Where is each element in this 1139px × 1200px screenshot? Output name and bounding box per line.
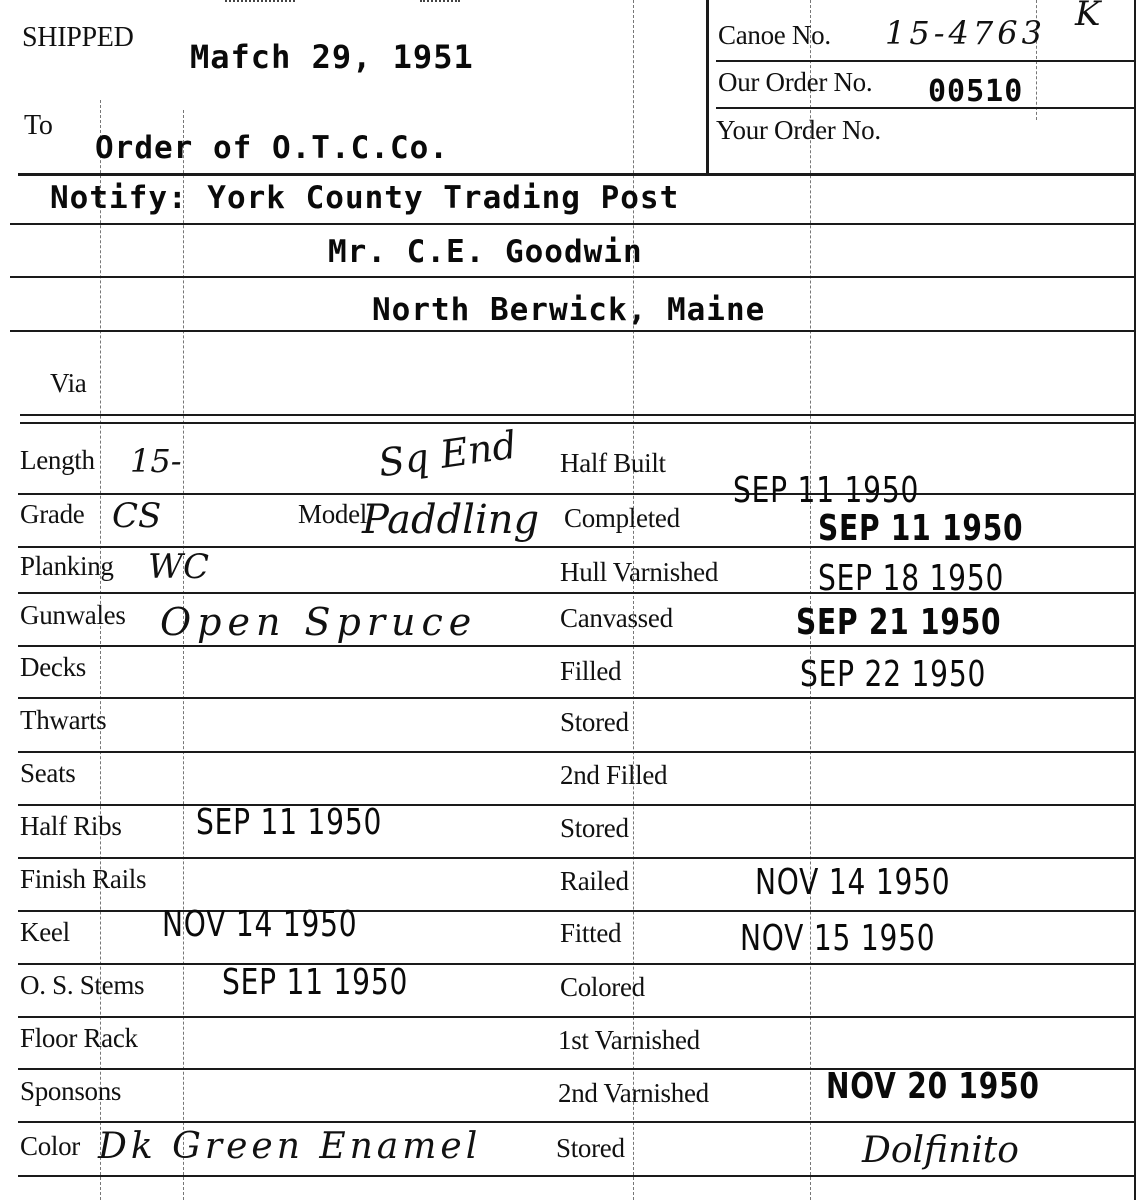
canvassed-date: SEP 21 1950	[796, 602, 1001, 643]
color-label: Color	[20, 1131, 80, 1162]
planking-value: WC	[148, 547, 209, 587]
second-filled-label: 2nd Filled	[560, 760, 667, 791]
thwarts-label: Thwarts	[20, 705, 106, 736]
notify-line-3: North Berwick, Maine	[372, 292, 765, 328]
canoe-no-mark: K	[1075, 0, 1100, 34]
finish-rails-label: Finish Rails	[20, 864, 146, 895]
notify-line-2: Mr. C.E. Goodwin	[328, 234, 643, 270]
decks-label: Decks	[20, 652, 86, 683]
seats-label: Seats	[20, 758, 76, 789]
second-varnished-label: 2nd Varnished	[558, 1078, 709, 1109]
scan-artifact-top-2	[420, 0, 460, 6]
colored-label: Colored	[560, 972, 645, 1003]
model-label: Model	[298, 499, 367, 530]
via-label: Via	[50, 368, 86, 399]
notify-rule-1	[10, 223, 1134, 225]
half-ribs-label: Half Ribs	[20, 811, 122, 842]
keel-label: Keel	[20, 917, 70, 948]
row-rule	[18, 963, 1134, 965]
completed-label: Completed	[564, 503, 680, 534]
our-order-label: Our Order No.	[718, 67, 872, 98]
gunwales-label: Gunwales	[20, 600, 126, 631]
keel-date: NOV 14 1950	[162, 904, 357, 945]
row-rule	[18, 697, 1134, 699]
end-note: Sq End	[376, 423, 520, 486]
grade-value: CS	[112, 496, 161, 536]
notify-rule-2	[10, 276, 1134, 278]
half-ribs-date: SEP 11 1950	[196, 802, 382, 843]
canvassed-label: Canvassed	[560, 603, 673, 634]
header-bottom-rule	[18, 173, 1134, 176]
first-varnished-label: 1st Varnished	[558, 1025, 700, 1056]
our-order-value: 00510	[928, 74, 1023, 109]
canoe-no-value: 15-4763	[885, 14, 1046, 52]
stored-label-3: Stored	[556, 1133, 625, 1164]
notify-rule-3	[10, 330, 1134, 332]
row-rule	[18, 804, 1134, 806]
your-order-label: Your Order No.	[716, 115, 881, 146]
row-rule	[18, 645, 1134, 647]
length-label: Length	[20, 445, 95, 476]
row-rule	[18, 1175, 1134, 1177]
railed-date: NOV 14 1950	[755, 862, 950, 903]
row-rule	[18, 493, 1134, 495]
to-value: Order of O.T.C.Co.	[95, 130, 449, 166]
half-built-label: Half Built	[560, 448, 666, 479]
second-varnished-date: NOV 20 1950	[826, 1066, 1040, 1107]
completed-date: SEP 11 1950	[818, 508, 1023, 549]
via-rule-bottom	[20, 422, 1134, 424]
inspector-signature: Dolfinito	[862, 1130, 1019, 1171]
right-border	[1134, 0, 1136, 1200]
our-order-underline	[716, 107, 1134, 109]
header-box-divider	[706, 0, 709, 174]
shipped-label: SHIPPED	[22, 22, 134, 54]
sponsons-label: Sponsons	[20, 1076, 121, 1107]
grade-label: Grade	[20, 499, 84, 530]
os-stems-label: O. S. Stems	[20, 970, 144, 1001]
shipped-date: Mafch 29, 1951	[190, 38, 474, 76]
filled-label: Filled	[560, 656, 621, 687]
os-stems-date: SEP 11 1950	[222, 962, 408, 1003]
planking-label: Planking	[20, 551, 114, 582]
fitted-label: Fitted	[560, 918, 621, 949]
length-value: 15-	[130, 442, 182, 480]
hull-varnished-date: SEP 18 1950	[818, 558, 1004, 599]
scan-guide-line	[810, 0, 811, 1200]
notify-line-1: Notify: York County Trading Post	[50, 180, 679, 216]
row-rule	[18, 1016, 1134, 1018]
floor-rack-label: Floor Rack	[20, 1023, 138, 1054]
railed-label: Railed	[560, 866, 629, 897]
row-rule	[18, 857, 1134, 859]
filled-date: SEP 22 1950	[800, 654, 986, 695]
color-value: Dk Green Enamel	[98, 1126, 481, 1167]
row-rule	[18, 751, 1134, 753]
canoe-no-label: Canoe No.	[718, 20, 831, 51]
hull-varnished-label: Hull Varnished	[560, 557, 718, 588]
scan-artifact-top	[225, 0, 295, 6]
to-label: To	[24, 110, 53, 142]
stored-label-2: Stored	[560, 813, 629, 844]
gunwales-value: Open Spruce	[160, 600, 477, 644]
fitted-date: NOV 15 1950	[740, 918, 935, 959]
stored-label-1: Stored	[560, 707, 629, 738]
scan-guide-line	[183, 110, 184, 1200]
canoe-no-underline	[716, 60, 1134, 62]
half-built-date: SEP 11 1950	[733, 470, 919, 511]
row-rule	[18, 1121, 1134, 1123]
model-value: Paddling	[362, 497, 539, 543]
via-rule-top	[20, 414, 1134, 416]
